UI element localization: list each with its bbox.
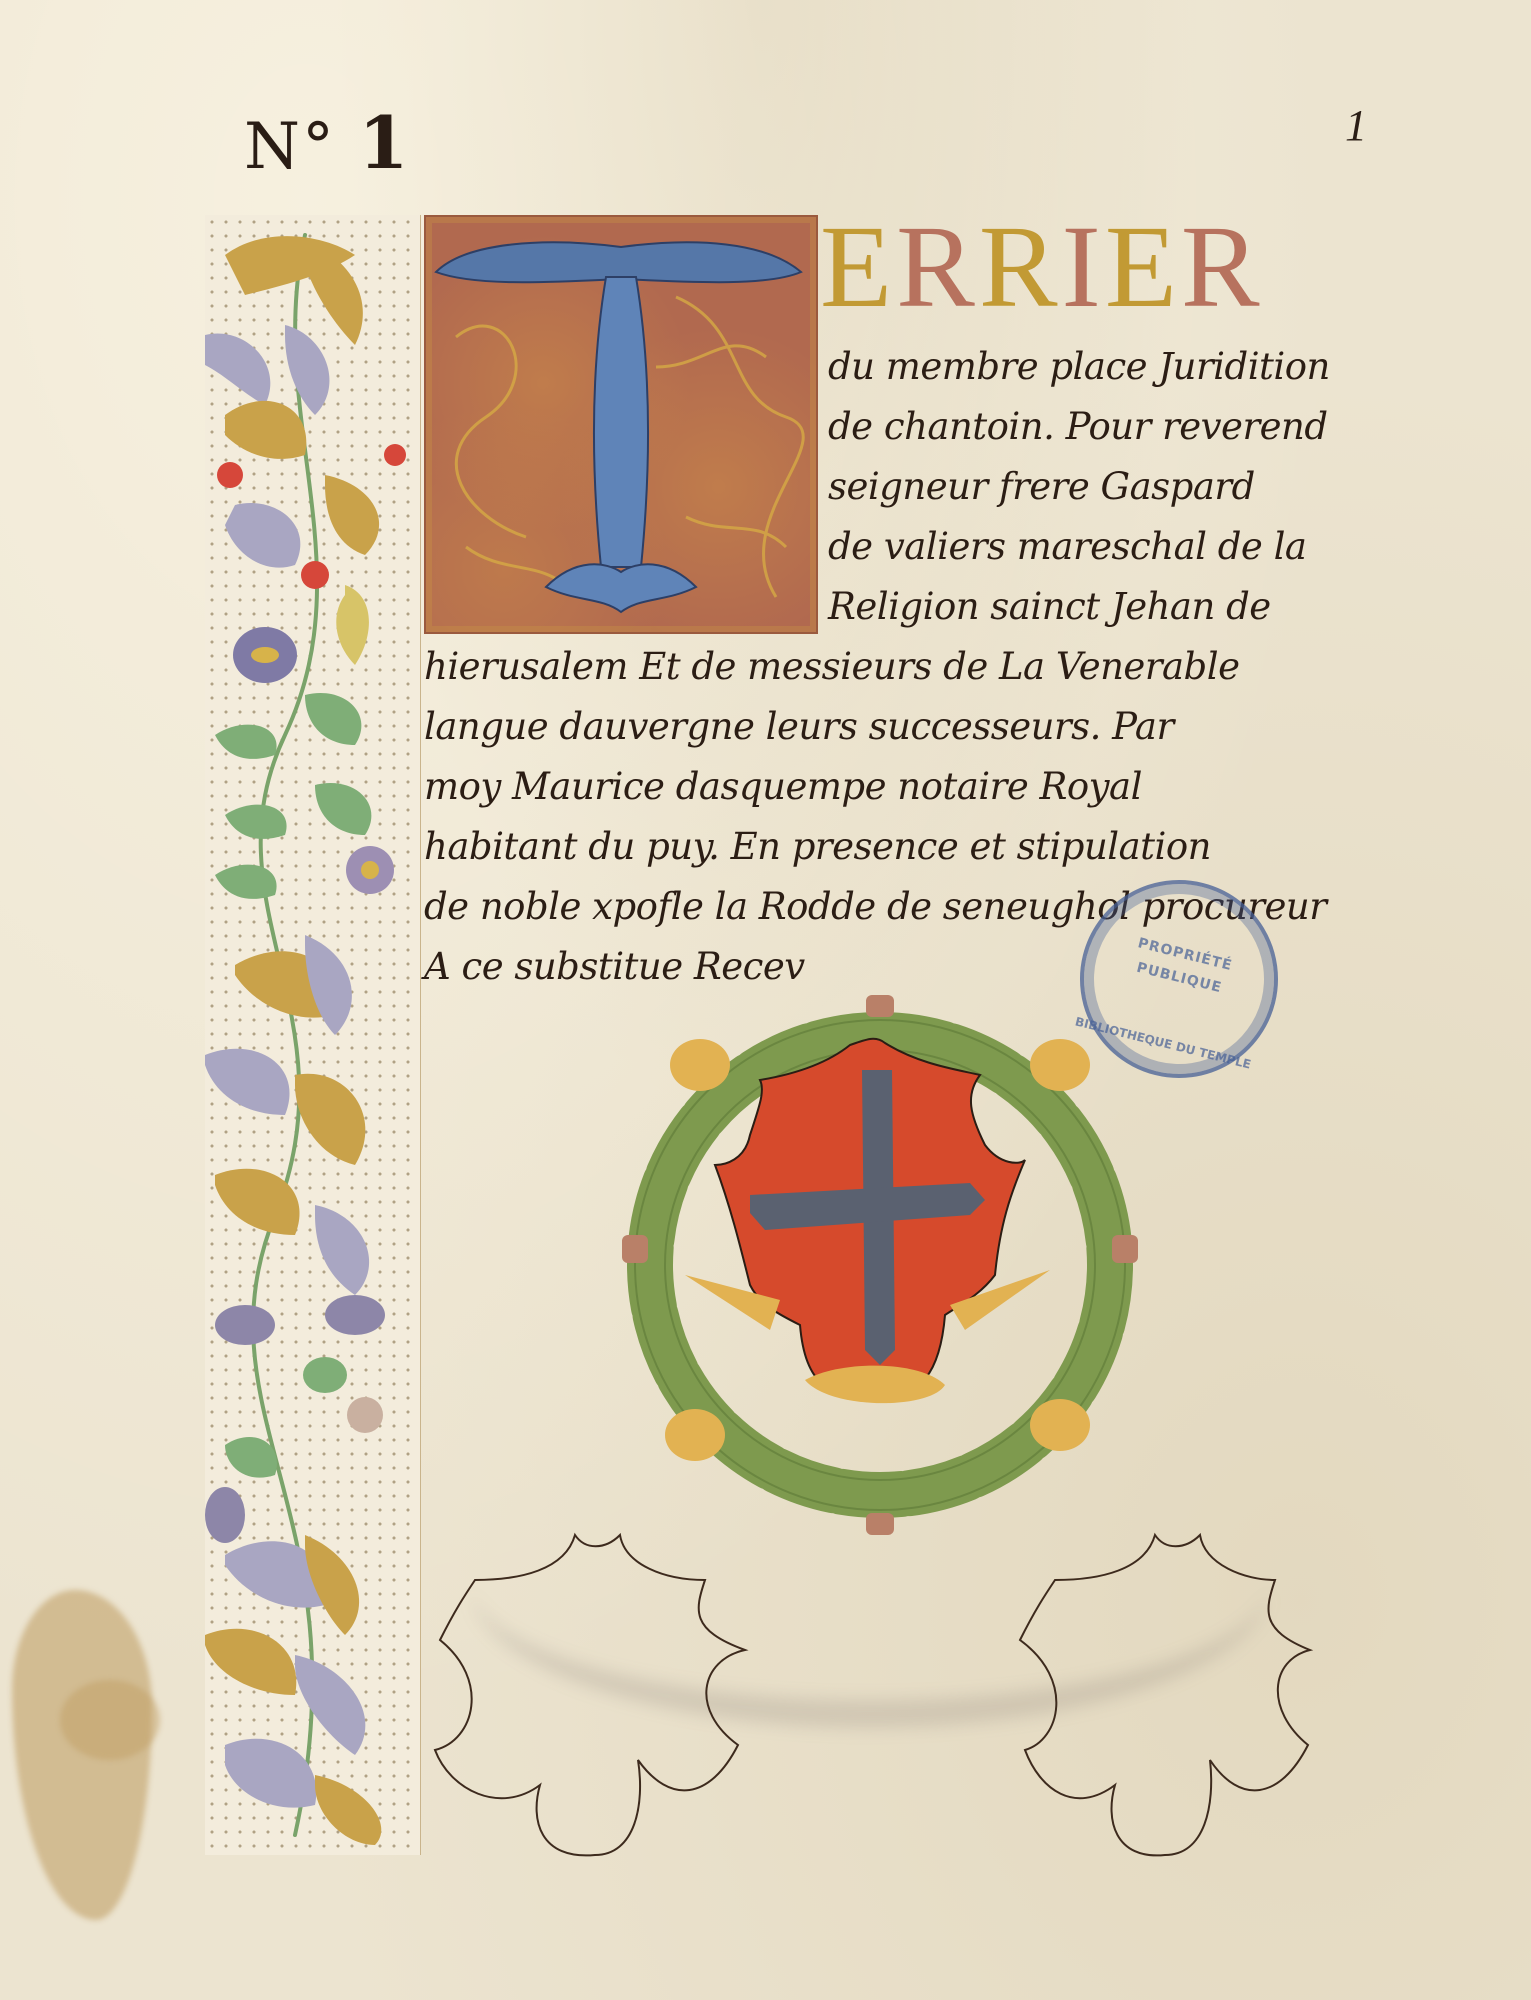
title-heading: ERRIER [820,208,1264,326]
illuminated-border [205,215,421,1855]
text-line: habitant du puy. En presence et stipulat… [424,825,1211,868]
text-line: de valiers mareschal de la [828,525,1306,568]
title-letter: E [820,201,896,332]
folio-number-label: N° [244,110,336,184]
blank-shields-icon [420,1520,1320,1880]
folio-number: N° 1 [244,100,410,185]
title-letter: I [1062,201,1105,332]
text-line: langue dauvergne leurs successeurs. Par [424,705,1174,748]
text-line: moy Maurice dasquempe notaire Royal [424,765,1142,808]
text-line: du membre place Juridition [828,345,1330,388]
text-line: A ce substitue Recev [424,945,805,988]
initial-t-icon [426,217,816,632]
text-line: hierusalem Et de messieurs de La Venerab… [424,645,1239,688]
title-letter: E [1105,201,1181,332]
folio-number-value: 1 [358,100,410,185]
floral-border-icon [205,215,420,1855]
title-letter: R [896,201,979,332]
text-line: Religion sainct Jehan de [828,585,1271,628]
text-line: seigneur frere Gaspard [828,465,1255,508]
title-letter: R [979,201,1062,332]
water-stain-secondary [60,1680,160,1760]
title-letter: R [1181,201,1264,332]
manuscript-page: N° 1 1 [0,0,1531,2000]
illuminated-initial [424,215,818,634]
page-number: 1 [1345,100,1367,151]
coat-of-arms-icon [600,985,1160,1545]
text-line: de chantoin. Pour reverend [828,405,1328,448]
